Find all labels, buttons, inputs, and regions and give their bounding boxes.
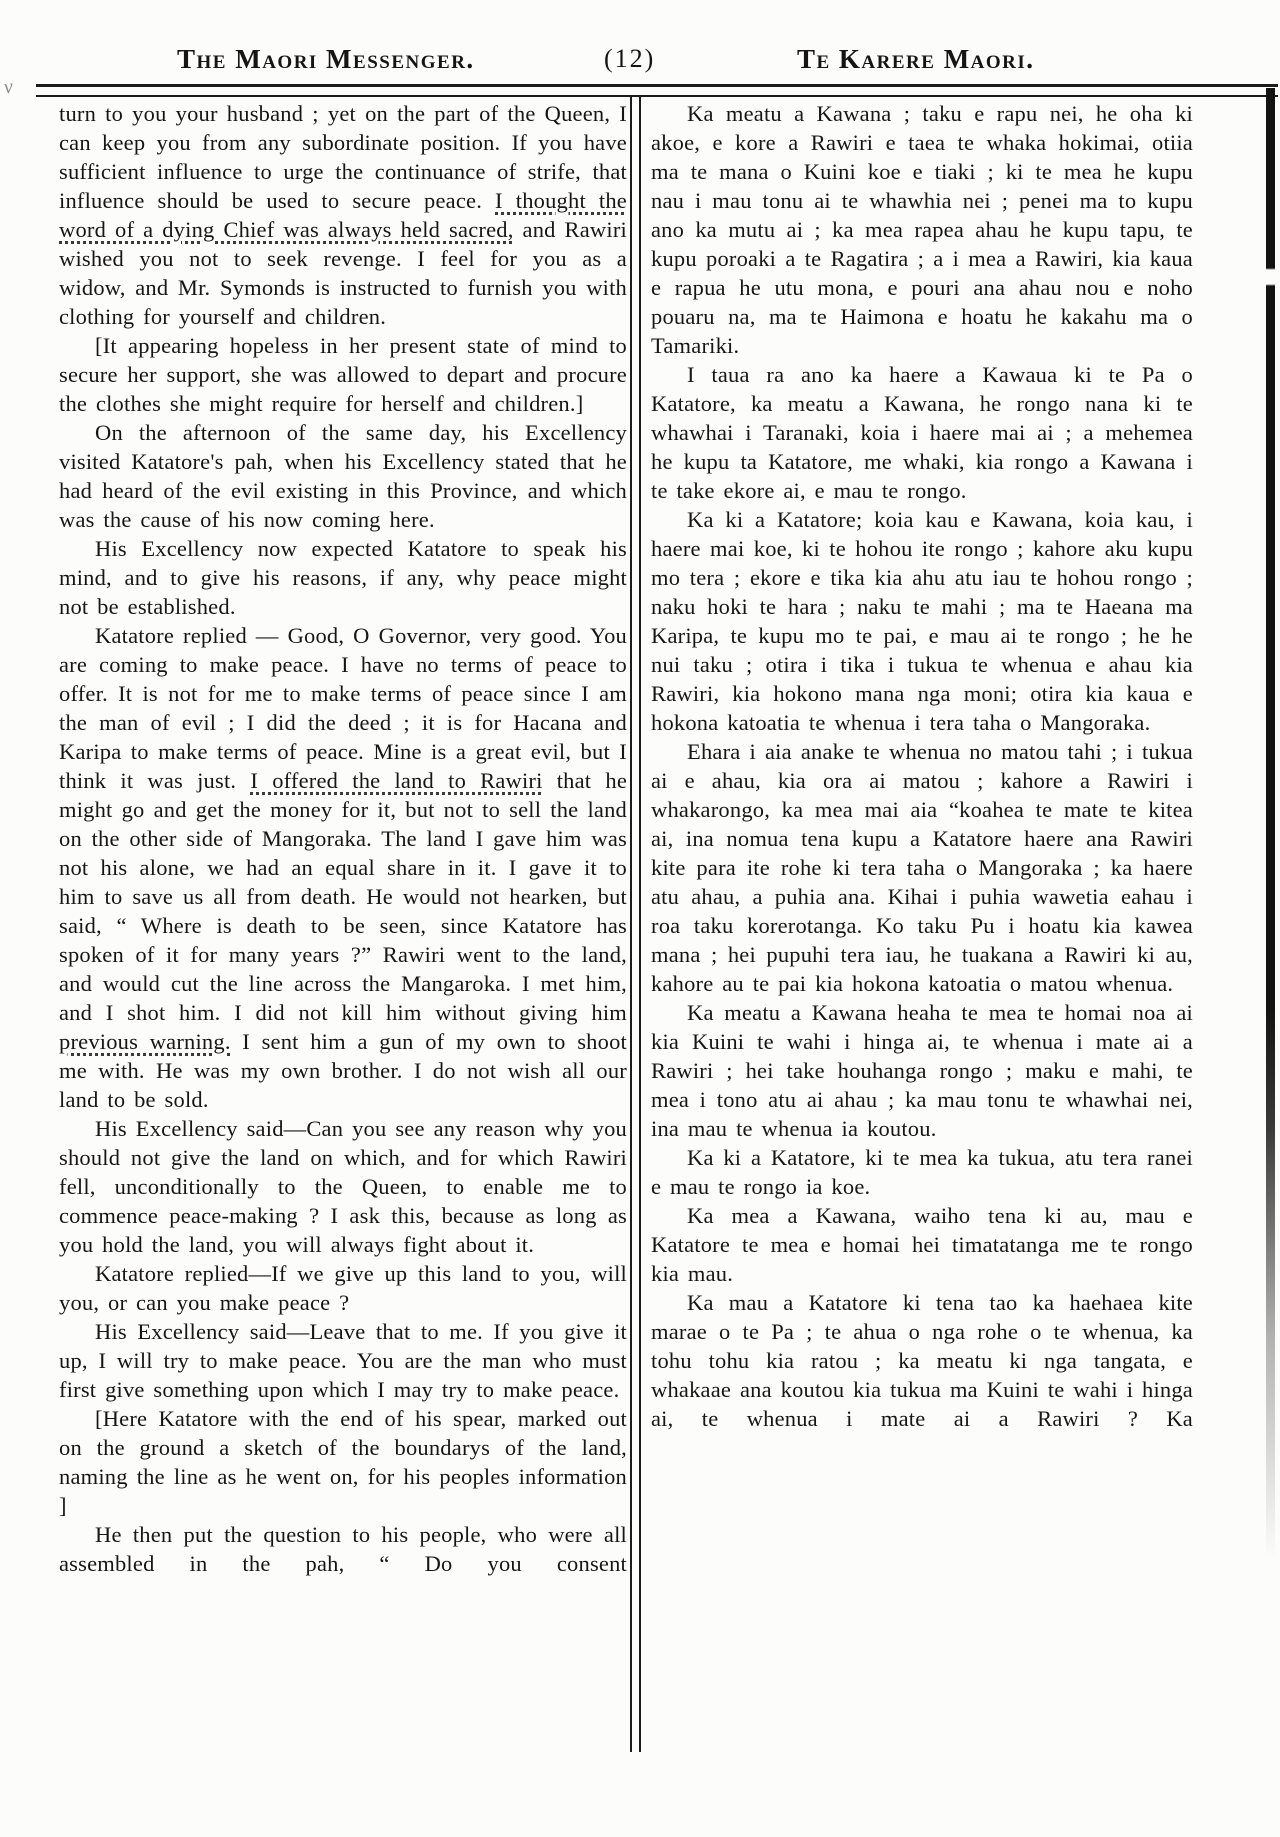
text-segment: He then put the question to his people, …: [59, 1522, 627, 1576]
text-segment: His Excellency now expected Katatore to …: [59, 536, 627, 619]
text-segment: Ka mea a Kawana, waiho tena ki au, mau e…: [651, 1203, 1193, 1286]
newspaper-page: v The Maori Messenger. (12) Te Karere Ma…: [0, 0, 1280, 1837]
text-segment: Ka ki a Katatore, ki te mea ka tukua, at…: [651, 1145, 1193, 1199]
paragraph: Ka mau a Katatore ki tena tao ka haehaea…: [651, 1288, 1193, 1433]
paragraph: Ka meatu a Kawana ; taku e rapu nei, he …: [651, 99, 1193, 360]
paragraph: Ka meatu a Kawana heaha te mea te homai …: [651, 998, 1193, 1143]
text-segment: His Excellency said—Can you see any reas…: [59, 1116, 627, 1257]
text-segment: I taua ra ano ka haere a Kawaua ki te Pa…: [651, 362, 1193, 503]
pencil-mark: v: [2, 75, 14, 99]
paragraph: Ehara i aia anake te whenua no matou tah…: [651, 737, 1193, 998]
scan-edge-artifact: [1266, 88, 1275, 1558]
paragraph: Katatore replied—If we give up this land…: [59, 1259, 627, 1317]
paragraph: [It appearing hopeless in her present st…: [59, 331, 627, 418]
english-text-column: turn to you your husband ; yet on the pa…: [59, 99, 627, 1578]
text-segment: Ka mau a Katatore ki tena tao ka haehaea…: [651, 1290, 1193, 1431]
paragraph: Ka mea a Kawana, waiho tena ki au, mau e…: [651, 1201, 1193, 1288]
page-number: (12): [604, 44, 655, 74]
text-segment: Ka ki a Katatore; koia kau e Kawana, koi…: [651, 507, 1193, 735]
text-segment: On the afternoon of the same day, his Ex…: [59, 420, 627, 532]
paragraph: turn to you your husband ; yet on the pa…: [59, 99, 627, 331]
masthead-right-title: Te Karere Maori.: [797, 44, 1035, 75]
pencil-underlined-text: previous warning.: [59, 1029, 231, 1054]
text-segment: His Excellency said—Leave that to me. If…: [59, 1319, 627, 1402]
paragraph: Katatore replied — Good, O Governor, ver…: [59, 621, 627, 1114]
paragraph: Ka ki a Katatore, ki te mea ka tukua, at…: [651, 1143, 1193, 1201]
text-segment: Ka meatu a Kawana heaha te mea te homai …: [651, 1000, 1193, 1141]
maori-text-column: Ka meatu a Kawana ; taku e rapu nei, he …: [651, 99, 1193, 1433]
text-segment: [It appearing hopeless in her present st…: [59, 333, 627, 416]
masthead-double-rule: [36, 84, 1278, 97]
paragraph: On the afternoon of the same day, his Ex…: [59, 418, 627, 534]
paragraph: His Excellency said—Leave that to me. If…: [59, 1317, 627, 1404]
paragraph: I taua ra ano ka haere a Kawaua ki te Pa…: [651, 360, 1193, 505]
paragraph: He then put the question to his people, …: [59, 1520, 627, 1578]
paragraph: His Excellency now expected Katatore to …: [59, 534, 627, 621]
text-segment: Katatore replied—If we give up this land…: [59, 1261, 627, 1315]
paragraph: [Here Katatore with the end of his spear…: [59, 1404, 627, 1520]
pencil-underlined-text: I offered the land to Rawiri: [250, 768, 542, 793]
text-segment: [Here Katatore with the end of his spear…: [59, 1406, 627, 1518]
masthead-left-title: The Maori Messenger.: [177, 44, 475, 75]
column-divider-rule: [630, 97, 641, 1752]
paragraph: Ka ki a Katatore; koia kau e Kawana, koi…: [651, 505, 1193, 737]
text-segment: Ka meatu a Kawana ; taku e rapu nei, he …: [651, 101, 1193, 358]
text-segment: Ehara i aia anake te whenua no matou tah…: [651, 739, 1193, 996]
paragraph: His Excellency said—Can you see any reas…: [59, 1114, 627, 1259]
text-segment: that he might go and get the money for i…: [59, 768, 627, 1025]
